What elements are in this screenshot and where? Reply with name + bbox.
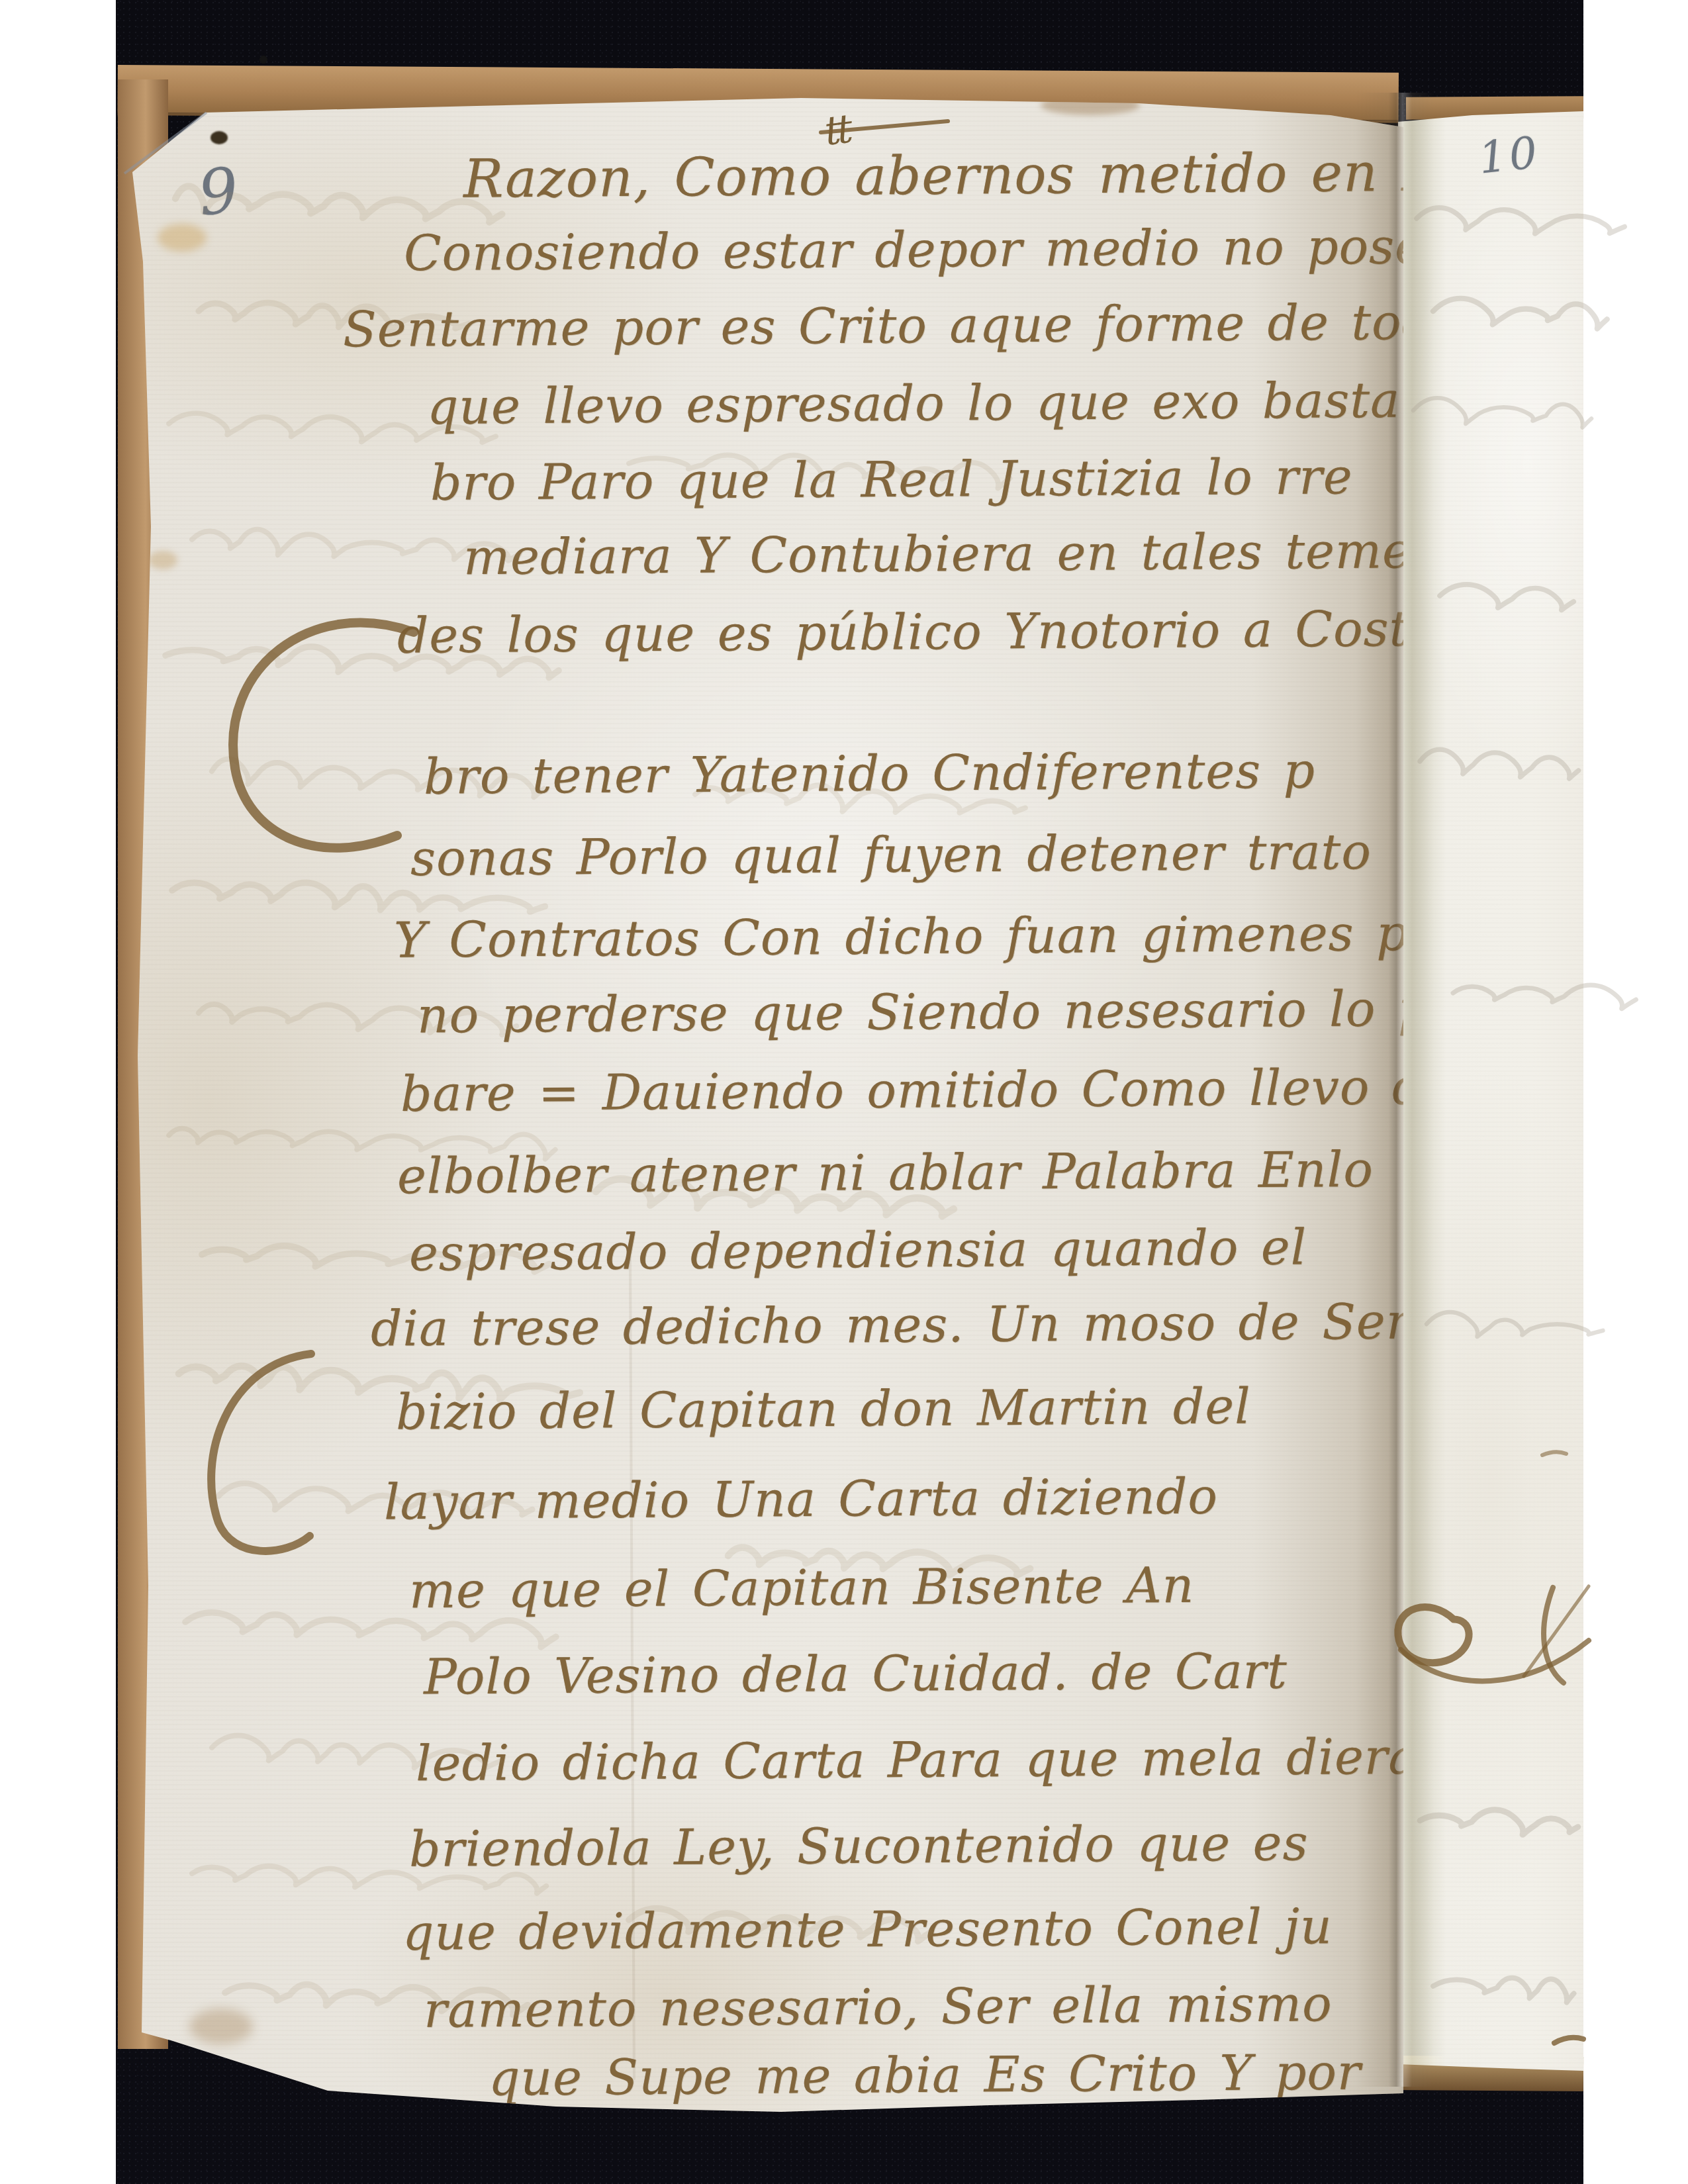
manuscript-line: elbolber atener ni ablar Palabra Enlo	[397, 1145, 1374, 1201]
manuscript-line: no perderse que Siendo nesesario lo pr	[417, 984, 1454, 1041]
manuscript-line: espresado dependiensia quando el	[409, 1223, 1307, 1278]
manuscript-line: dia trese dedicho mes. Un moso de Ser	[371, 1298, 1411, 1354]
paper-stain	[158, 224, 207, 252]
ink-blot	[211, 131, 228, 144]
manuscript-line: bro tener Yatenido Cndiferentes p	[424, 746, 1315, 801]
page-number-right: 10	[1476, 126, 1542, 183]
manuscript-line: bare = Dauiendo omitido Como llevo dicho	[400, 1062, 1531, 1119]
manuscript-line: layar medio Una Carta diziendo	[384, 1472, 1218, 1527]
manuscript-line: Sentarme por es Crito aque forme de todo…	[343, 297, 1533, 355]
manuscript-line: bro Paro que la Real Justizia lo rre	[430, 452, 1353, 508]
manuscript-line: Razon, Como abernos metido en Pos Y	[463, 145, 1556, 206]
manuscript-line: que devidamente Presento Conel ju	[402, 1902, 1333, 1958]
manuscript-line: ledio dicha Carta Para que mela diera	[416, 1733, 1419, 1789]
manuscript-line: bizio del Capitan don Martin del	[396, 1382, 1251, 1437]
manuscript-line: Conosiendo estar depor medio no pose apr…	[404, 221, 1563, 278]
paper-stain	[189, 2009, 253, 2044]
manuscript-line: me que el Capitan Bisente An	[409, 1561, 1195, 1615]
manuscript-line: sonas Porlo qual fuyen detener trato	[410, 828, 1372, 883]
manuscript-line: Y Contratos Con dicho fuan gimenes por	[394, 908, 1463, 965]
manuscript-scan: 10 9 tt Razon, Como abernos metido en Po…	[0, 0, 1688, 2184]
manuscript-line: que llevo espresado lo que exo bastante …	[427, 375, 1567, 432]
manuscript-line: ramento nesesario, Ser ella mismo	[424, 1979, 1333, 2035]
manuscript-line: mediara Y Contubiera en tales temeri	[463, 526, 1452, 582]
manuscript-line: Polo Vesino dela Cuidad. de Cart	[424, 1646, 1288, 1701]
manuscript-page-left: 9 tt Razon, Como abernos metido en Pos Y…	[132, 93, 1403, 2118]
manuscript-page-right: 10	[1398, 111, 1583, 2071]
page-number-left: 9	[195, 154, 242, 230]
manuscript-line: des los que es público Ynotorio a Costum	[397, 604, 1489, 661]
paper-stain	[148, 551, 177, 569]
manuscript-line: briendola Ley, Sucontenido que es	[409, 1819, 1309, 1874]
manuscript-line: que Supe me abia Es Crito Y por	[489, 2048, 1362, 2103]
